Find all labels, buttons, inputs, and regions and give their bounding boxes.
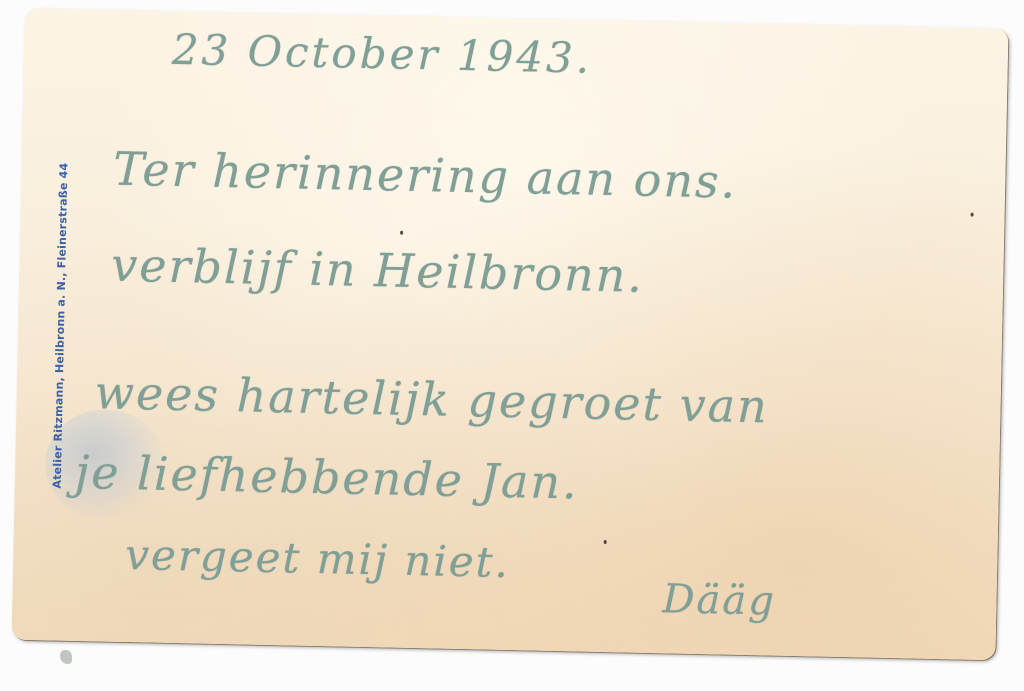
handwritten-line-1: Ter herinnering aan ons. [113,142,738,209]
handwritten-line-3: wees hartelijk gegroet van [94,365,769,433]
handwritten-line-2: verblijf in Heilbronn. [111,238,645,303]
paper-speck [971,213,974,217]
paper-speck [604,540,607,544]
handwritten-line-4: je liefhebbende Jan. [74,445,579,510]
postcard: Atelier Ritzmann, Heilbronn a. N., Flein… [11,8,1008,660]
handwritten-date: 23 October 1943. [171,25,592,83]
handwritten-line-5: vergeet mij niet. [125,530,511,587]
scan-background: Atelier Ritzmann, Heilbronn a. N., Flein… [0,0,1024,691]
signature: Dääg [662,576,776,624]
paper-speck [400,231,403,235]
dirt-mark [60,650,72,664]
